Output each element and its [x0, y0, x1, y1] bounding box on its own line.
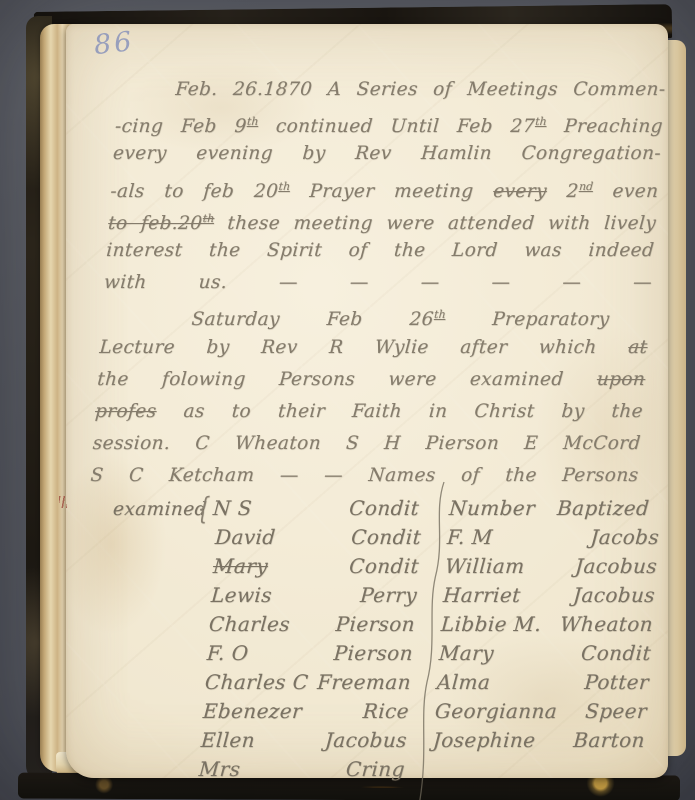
text-segment: the folowing Persons were examined: [97, 369, 598, 390]
last-name: Pierson: [335, 610, 416, 639]
struck-word: profes: [94, 401, 157, 422]
handwritten-line: -cing Feb 9th continued Until Feb 27th P…: [114, 106, 664, 138]
brace-mark: {: [196, 487, 213, 531]
text-segment: these meeting were attended with lively: [213, 213, 657, 234]
last-name: Potter: [583, 668, 650, 697]
first-name: Josephine: [432, 726, 537, 755]
text-segment: Prayer meeting: [289, 181, 494, 202]
first-name: Ebenezer: [202, 697, 303, 726]
name-row: EllenJacobus JosephineBarton: [96, 726, 654, 755]
margin-mark: [59, 496, 67, 508]
text-segment: -als to feb 20: [110, 181, 279, 202]
text-segment: every evening by Rev Hamlin Congregation…: [112, 143, 661, 164]
last-name: Cring: [345, 755, 406, 784]
first-name: F. O: [206, 639, 250, 668]
handwritten-line: profes as to their Faith in Christ by th…: [94, 396, 644, 428]
handwritten-line: session. C Wheaton S H Pierson E McCord: [92, 428, 642, 460]
first-name: David: [214, 523, 276, 552]
last-name: Wheaton: [559, 610, 654, 639]
examined-cell: Charles CFreeman: [100, 668, 438, 697]
examined-cell: EbenezerRice: [98, 697, 436, 726]
baptized-name: Libbie M.Wheaton: [440, 610, 654, 639]
handwritten-line: Saturday Feb 26th Preparatory: [101, 299, 651, 331]
handwritten-line: interest the Spirit of the Lord was inde…: [105, 235, 655, 267]
last-name: Perry: [359, 581, 418, 610]
last-name: Jacobs: [589, 523, 660, 552]
examined-name: MrsCring: [198, 755, 406, 784]
last-name: Jacobus: [324, 726, 408, 755]
first-name: Charles C: [204, 668, 309, 697]
first-name: Georgianna: [434, 697, 558, 726]
examined-name: N SCondit: [212, 494, 420, 523]
last-name: Condit: [348, 552, 420, 581]
baptized-name: HarrietJacobus: [442, 581, 656, 610]
baptized-cell: NumberBaptized: [448, 494, 670, 523]
examined-cell: LewisPerry: [106, 581, 444, 610]
baptized-cell: JosephineBarton: [432, 726, 654, 755]
examined-name: LewisPerry: [210, 581, 418, 610]
text-segment: 2: [546, 181, 579, 202]
handwritten-line: -als to feb 20th Prayer meeting every 2n…: [110, 171, 660, 203]
baptized-name: AlmaPotter: [436, 668, 650, 697]
examined-label: examined: [112, 495, 198, 524]
name-row: Charles CFreeman AlmaPotter: [100, 668, 658, 697]
text-segment: Feb. 26.1870 A Series of Meetings Commen…: [175, 79, 666, 100]
first-name: Alma: [436, 668, 491, 697]
examined-name: MaryCondit: [212, 552, 420, 581]
handwritten-line: S C Ketcham — — Names of the Persons: [89, 460, 639, 492]
name-row: LewisPerry HarrietJacobus: [106, 581, 664, 610]
examined-cell: MaryCondit: [108, 552, 446, 581]
names-table: examined { N SCondit NumberBaptized Davi…: [94, 494, 670, 784]
baptized-cell: Libbie M.Wheaton: [440, 610, 662, 639]
baptized-cell: AlmaPotter: [436, 668, 658, 697]
examined-cell: examined { N SCondit: [112, 494, 450, 524]
examined-cell: EllenJacobus: [96, 726, 434, 755]
page-number: 86: [92, 26, 135, 61]
ordinal-superscript: th: [202, 212, 214, 225]
text-segment: Saturday Feb 26: [191, 309, 435, 330]
examined-name: EbenezerRice: [202, 697, 410, 726]
header-word: Number: [448, 494, 536, 523]
last-name: Condit: [580, 639, 652, 668]
last-name: Freeman: [316, 668, 412, 697]
last-name: Jacobus: [572, 581, 656, 610]
baptized-column-header: NumberBaptized: [448, 494, 670, 523]
last-name: Barton: [572, 726, 646, 755]
name-row: F. OPierson MaryCondit: [102, 639, 660, 668]
text-segment: continued Until Feb 27: [257, 116, 535, 137]
last-name: Speer: [584, 697, 648, 726]
handwritten-line: to feb.20th these meeting were attended …: [107, 203, 657, 235]
handwritten-line: with us. — — — — — —: [103, 267, 653, 299]
header-word: Baptized: [556, 494, 650, 523]
last-name: Pierson: [333, 639, 414, 668]
name-row: DavidCondit F. MJacobs: [110, 523, 668, 552]
baptized-cell: MaryCondit: [438, 639, 660, 668]
first-name: Mary: [438, 639, 495, 668]
last-name: Condit: [350, 523, 422, 552]
manuscript-page: 86 Feb. 26.1870 A Series of Meetings Com…: [66, 24, 668, 778]
name-row: CharlesPierson Libbie M.Wheaton: [104, 610, 662, 639]
handwritten-line: the folowing Persons were examined upon: [96, 364, 646, 396]
examined-name: DavidCondit: [214, 523, 422, 552]
last-name: Jacobus: [574, 552, 658, 581]
baptized-name: WilliamJacobus: [444, 552, 658, 581]
text-segment: session. C Wheaton S H Pierson E McCord: [92, 433, 641, 454]
text-segment: interest the Spirit of the Lord was inde…: [106, 240, 655, 261]
baptized-name: JosephineBarton: [432, 726, 646, 755]
text-segment: as to their Faith in Christ by the: [156, 401, 644, 422]
first-name: Mrs: [198, 755, 242, 784]
text-segment: Preparatory: [445, 309, 611, 330]
examined-name: F. OPierson: [206, 639, 414, 668]
struck-word: upon: [596, 369, 646, 390]
last-name: Rice: [362, 697, 410, 726]
text-segment: Preaching: [546, 116, 664, 137]
baptized-cell: WilliamJacobus: [444, 552, 666, 581]
manuscript-photo: 86 Feb. 26.1870 A Series of Meetings Com…: [0, 0, 695, 800]
first-name: Libbie M.: [440, 610, 542, 639]
text-segment: S C Ketcham — — Names of the Persons: [90, 465, 639, 486]
examined-cell: CharlesPierson: [104, 610, 442, 639]
first-name: Mary: [212, 552, 269, 581]
name-row: EbenezerRice GeorgiannaSpeer: [98, 697, 656, 726]
first-name: Harriet: [442, 581, 522, 610]
first-name: Ellen: [200, 726, 256, 755]
examined-name: Charles CFreeman: [204, 668, 412, 697]
first-name: Charles: [208, 610, 291, 639]
struck-word: every: [493, 181, 548, 202]
examined-name: EllenJacobus: [200, 726, 408, 755]
first-name: Lewis: [210, 581, 273, 610]
baptized-cell: HarrietJacobus: [442, 581, 664, 610]
handwritten-line: Feb. 26.1870 A Series of Meetings Commen…: [116, 74, 666, 106]
text-segment: with us. — — — — — —: [103, 272, 652, 293]
examined-cell: F. OPierson: [102, 639, 440, 668]
baptized-name: F. MJacobs: [446, 523, 660, 552]
name-row: MrsCring: [94, 755, 652, 784]
examined-cell: MrsCring: [94, 755, 432, 784]
first-name: William: [444, 552, 526, 581]
handwritten-line: every evening by Rev Hamlin Congregation…: [112, 138, 662, 170]
first-name: N S: [212, 494, 253, 523]
examined-name: CharlesPierson: [208, 610, 416, 639]
baptized-name: MaryCondit: [438, 639, 652, 668]
text-segment: even: [592, 181, 659, 202]
examined-cell: DavidCondit: [110, 523, 448, 552]
text-segment: Lecture by Rev R Wylie after which: [99, 337, 629, 358]
ordinal-superscript: th: [434, 308, 446, 321]
handwritten-entry: Feb. 26.1870 A Series of Meetings Commen…: [89, 74, 666, 492]
name-row: examined { N SCondit NumberBaptized: [112, 494, 670, 523]
first-name: F. M: [446, 523, 494, 552]
name-row: MaryCondit WilliamJacobus: [108, 552, 666, 581]
text-segment: -cing Feb 9: [114, 116, 247, 137]
handwritten-line: Lecture by Rev R Wylie after which at: [98, 332, 648, 364]
baptized-cell: GeorgiannaSpeer: [434, 697, 656, 726]
struck-word: at: [628, 337, 649, 358]
struck-word: to feb.20: [107, 213, 203, 234]
baptized-name: GeorgiannaSpeer: [434, 697, 648, 726]
last-name: Condit: [348, 494, 420, 523]
baptized-cell: F. MJacobs: [446, 523, 668, 552]
